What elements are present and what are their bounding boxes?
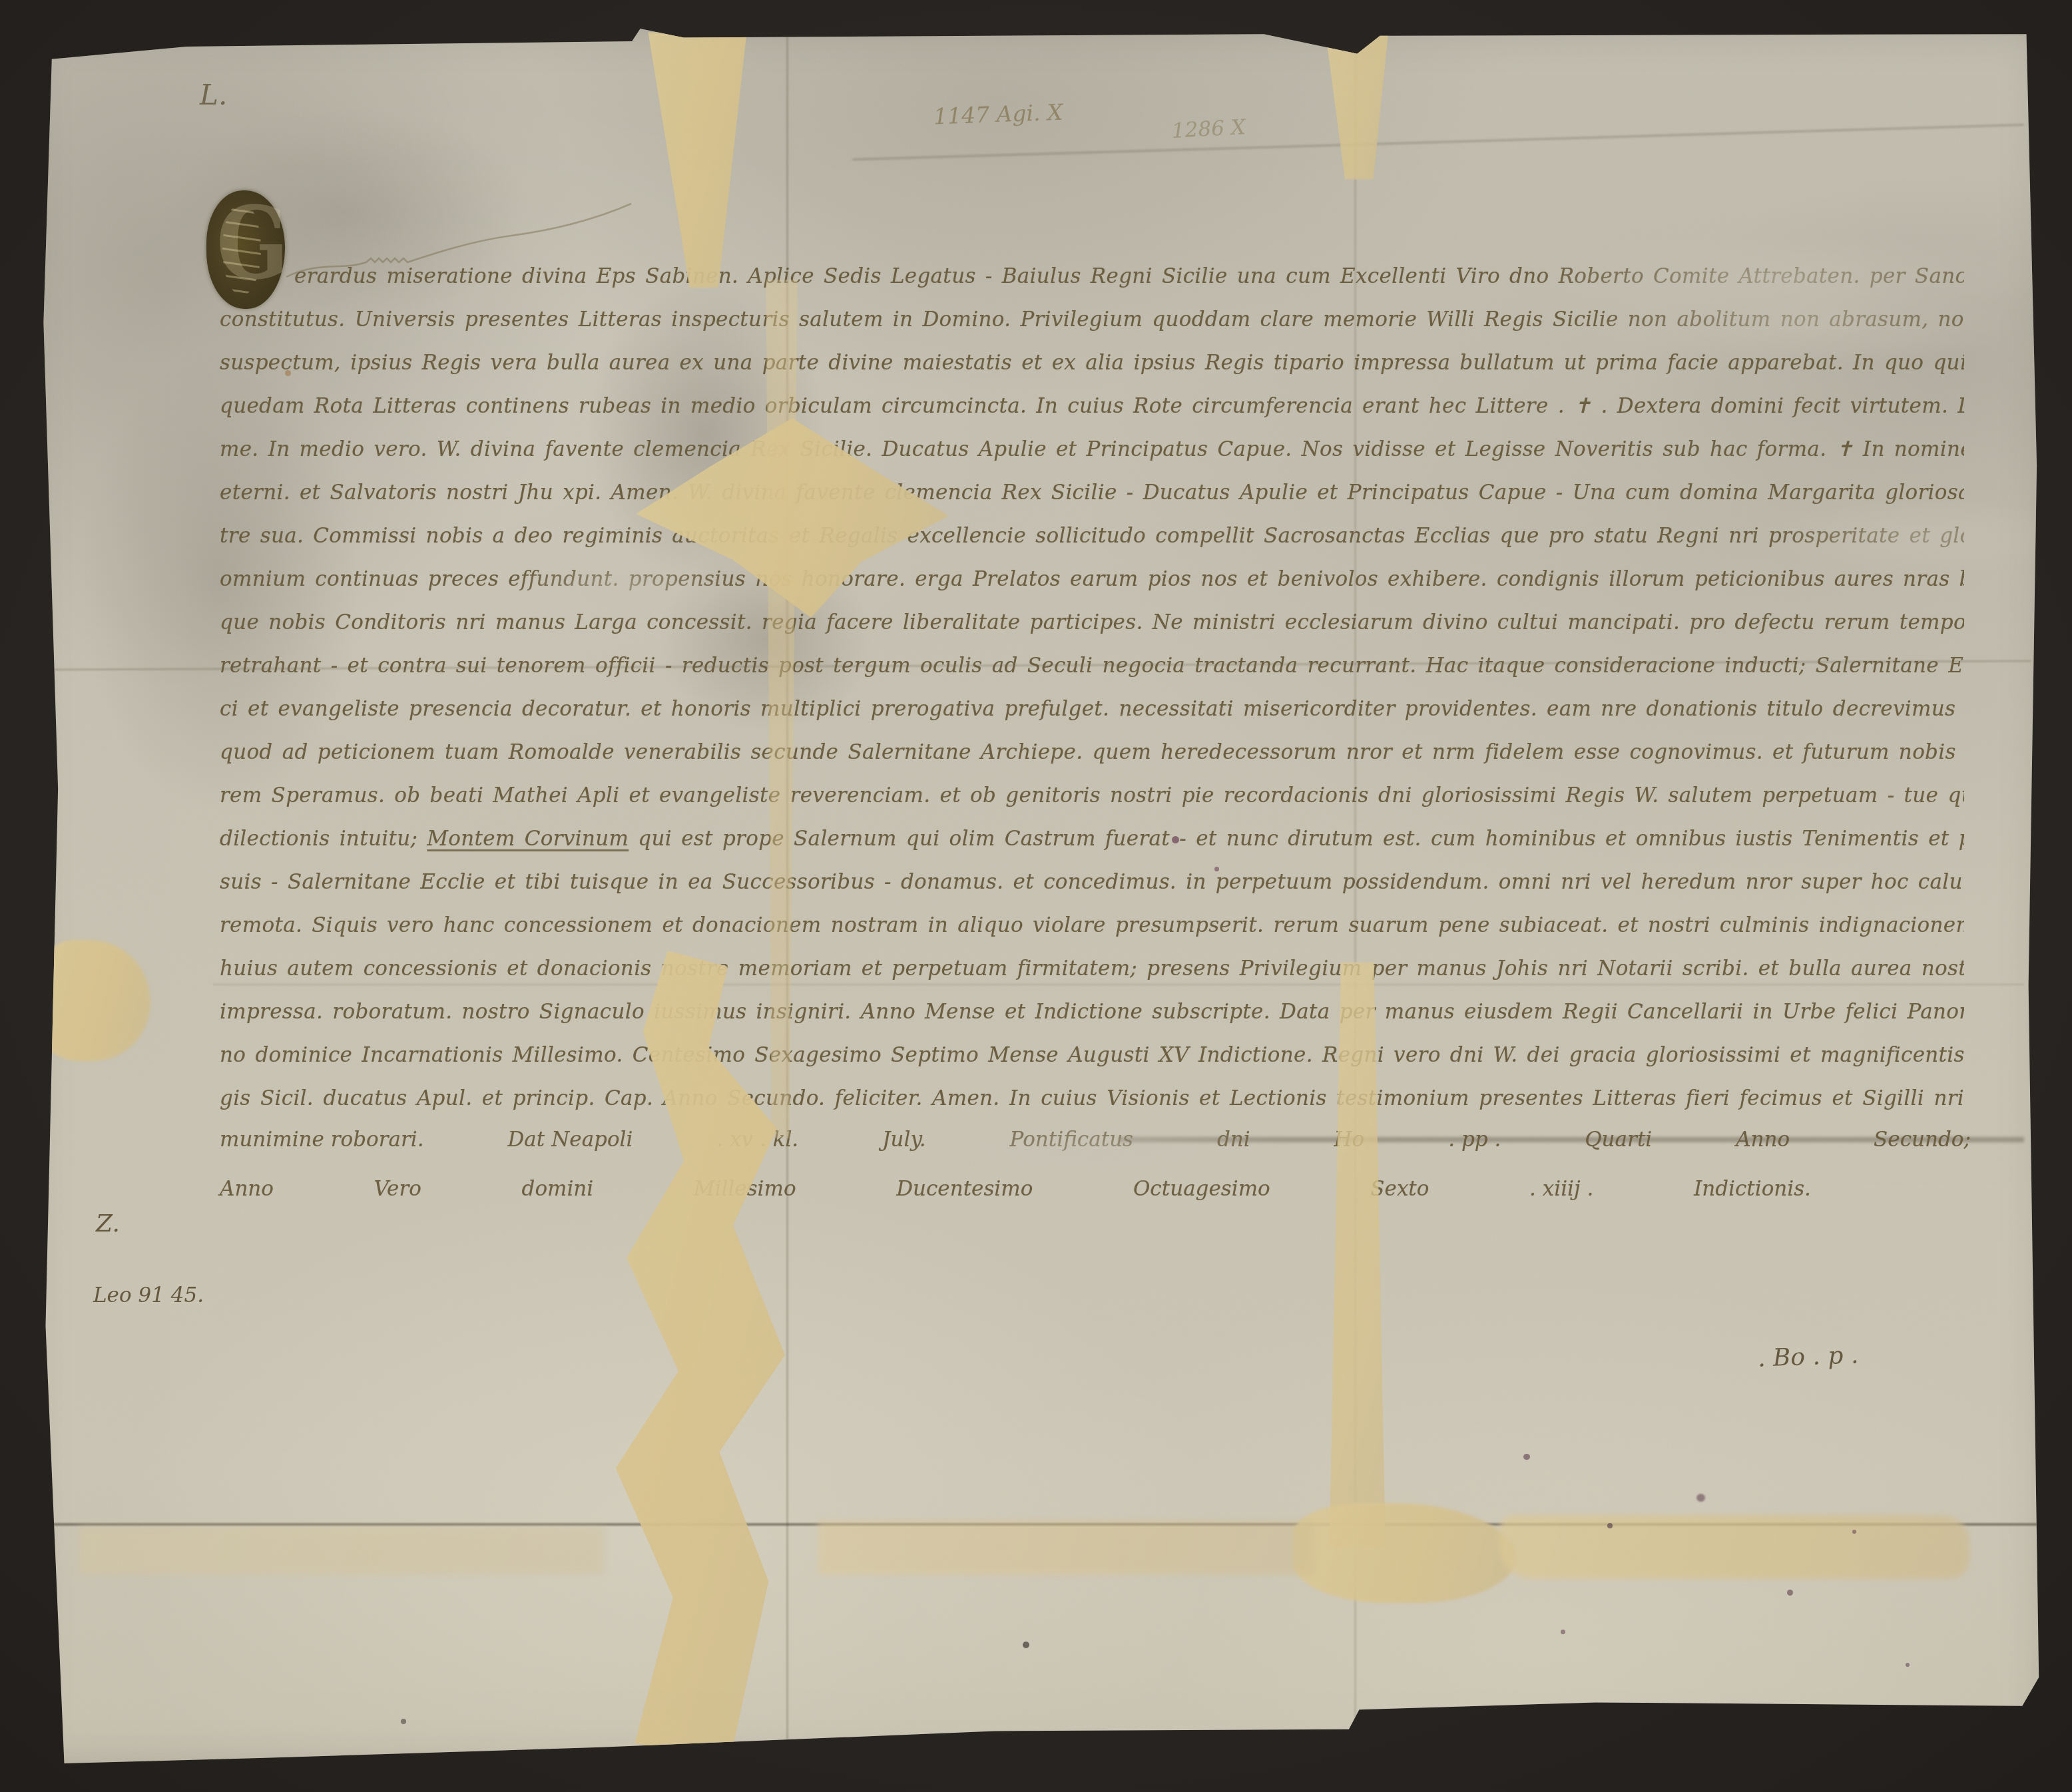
stain-speck — [1607, 1523, 1613, 1528]
stain-speck — [1561, 1630, 1565, 1634]
repair-patch — [79, 1526, 605, 1575]
text-line: constitutus. Universis presentes Littera… — [220, 298, 1964, 341]
text-segment: dilectionis intuitu; — [220, 827, 417, 851]
datation-line: munimine roborari. Dat Neapoli . xv . kl… — [220, 1118, 1971, 1162]
photo-backdrop: G erardus miseratione divina Eps Sabinen… — [0, 0, 2072, 1792]
year-line: Anno Vero domini Millesimo Ducentesimo O… — [220, 1167, 1811, 1211]
stain-speck — [1696, 1494, 1705, 1502]
stain-speck — [1906, 1663, 1910, 1667]
stain-speck — [1023, 1642, 1029, 1648]
year-word: Vero — [374, 1167, 421, 1211]
date-note-1147: 1147 Agi. X — [933, 99, 1063, 130]
text-line: retrahant - et contra sui tenorem offici… — [220, 644, 1964, 688]
text-line: rem Speramus. ob beati Mathei Apli et ev… — [220, 774, 1964, 817]
underlined-placename: Montem Corvinum — [427, 827, 629, 851]
datation-word: Pontificatus — [1010, 1118, 1133, 1162]
year-word: Sexto — [1370, 1167, 1429, 1211]
datation-word: Anno — [1736, 1118, 1790, 1162]
text-line: suspectum, ipsius Regis vera bulla aurea… — [220, 341, 1964, 385]
text-line: suis - Salernitane Ecclie et tibi tuisqu… — [220, 861, 1964, 904]
stain-speck — [285, 370, 291, 376]
illuminated-initial: G — [205, 185, 292, 313]
text-line: tre sua. Commissi nobis a deo regiminis … — [220, 515, 1964, 558]
parchment-sheet: G erardus miseratione divina Eps Sabinen… — [0, 0, 2072, 1792]
text-line-montecorvino: dilectionis intuitu; Montem Corvinum qui… — [220, 817, 1964, 861]
text-line: eterni. et Salvatoris nostri Jhu xpi. Am… — [220, 471, 1964, 515]
datation-word: Dat Neapoli — [508, 1118, 633, 1162]
repair-patch — [818, 1520, 1314, 1575]
text-line: remota. Siquis vero hanc concessionem et… — [220, 904, 1964, 947]
datation-word: July. — [882, 1118, 926, 1162]
stain-speck — [1172, 836, 1179, 843]
year-word: Anno — [220, 1167, 274, 1211]
stain-speck — [1523, 1454, 1530, 1460]
text-line: me. In medio vero. W. divina favente cle… — [220, 428, 1964, 471]
archival-mark-top-left: L. — [200, 79, 227, 111]
text-line: erardus miseratione divina Eps Sabinen. … — [220, 255, 1964, 298]
text-line: gis Sicil. ducatus Apul. et princip. Cap… — [220, 1077, 1964, 1120]
repair-patch — [1293, 1503, 1516, 1603]
stain-speck — [1787, 1590, 1793, 1596]
bottom-right-mark: . Bo . p . — [1757, 1341, 1859, 1372]
year-word: Ducentesimo — [896, 1167, 1033, 1211]
manuscript-text: erardus miseratione divina Eps Sabinen. … — [220, 255, 1964, 1120]
margin-mark-leo: Leo 91 45. — [93, 1283, 204, 1307]
text-line: quod ad peticionem tuam Romoalde venerab… — [220, 731, 1964, 774]
text-line: que nobis Conditoris nri manus Larga con… — [220, 601, 1964, 644]
repair-patch — [633, 32, 762, 288]
text-line: no dominice Incarnationis Millesimo. Cen… — [220, 1034, 1964, 1077]
text-line: omnium continuas preces effundunt. prope… — [220, 558, 1964, 601]
text-line: impressa. roboratum. nostro Signaculo iu… — [220, 991, 1964, 1034]
stain-speck — [401, 1719, 406, 1724]
margin-mark-z: Z. — [96, 1210, 120, 1237]
date-note-1286: 1286 X — [1171, 115, 1246, 143]
initial-letter: G — [216, 180, 284, 308]
datation-word: dni — [1217, 1118, 1250, 1162]
year-word: . xiiij . — [1529, 1167, 1593, 1211]
text-line: huius autem concessionis et donacionis n… — [220, 947, 1964, 991]
text-segment: qui est prope Salernum qui olim Castrum … — [638, 827, 1964, 851]
repair-patch — [1499, 1515, 1969, 1579]
text-line: quedam Rota Litteras continens rubeas in… — [220, 385, 1964, 428]
year-word: Octuagesimo — [1133, 1167, 1270, 1211]
text-line: ci et evangeliste presencia decoratur. e… — [220, 688, 1964, 731]
repair-patch — [32, 940, 150, 1061]
repair-patch — [1320, 33, 1394, 180]
year-word: domini — [522, 1167, 594, 1211]
year-word: Indictionis. — [1694, 1167, 1811, 1211]
stain-speck — [1214, 867, 1219, 871]
crease-line — [852, 124, 2023, 160]
datation-word: Secundo; — [1874, 1118, 1971, 1162]
stain-speck — [1852, 1530, 1856, 1534]
datation-word: . pp . — [1448, 1118, 1501, 1162]
datation-word: Quarti — [1585, 1118, 1652, 1162]
datation-word: munimine roborari. — [220, 1118, 424, 1162]
